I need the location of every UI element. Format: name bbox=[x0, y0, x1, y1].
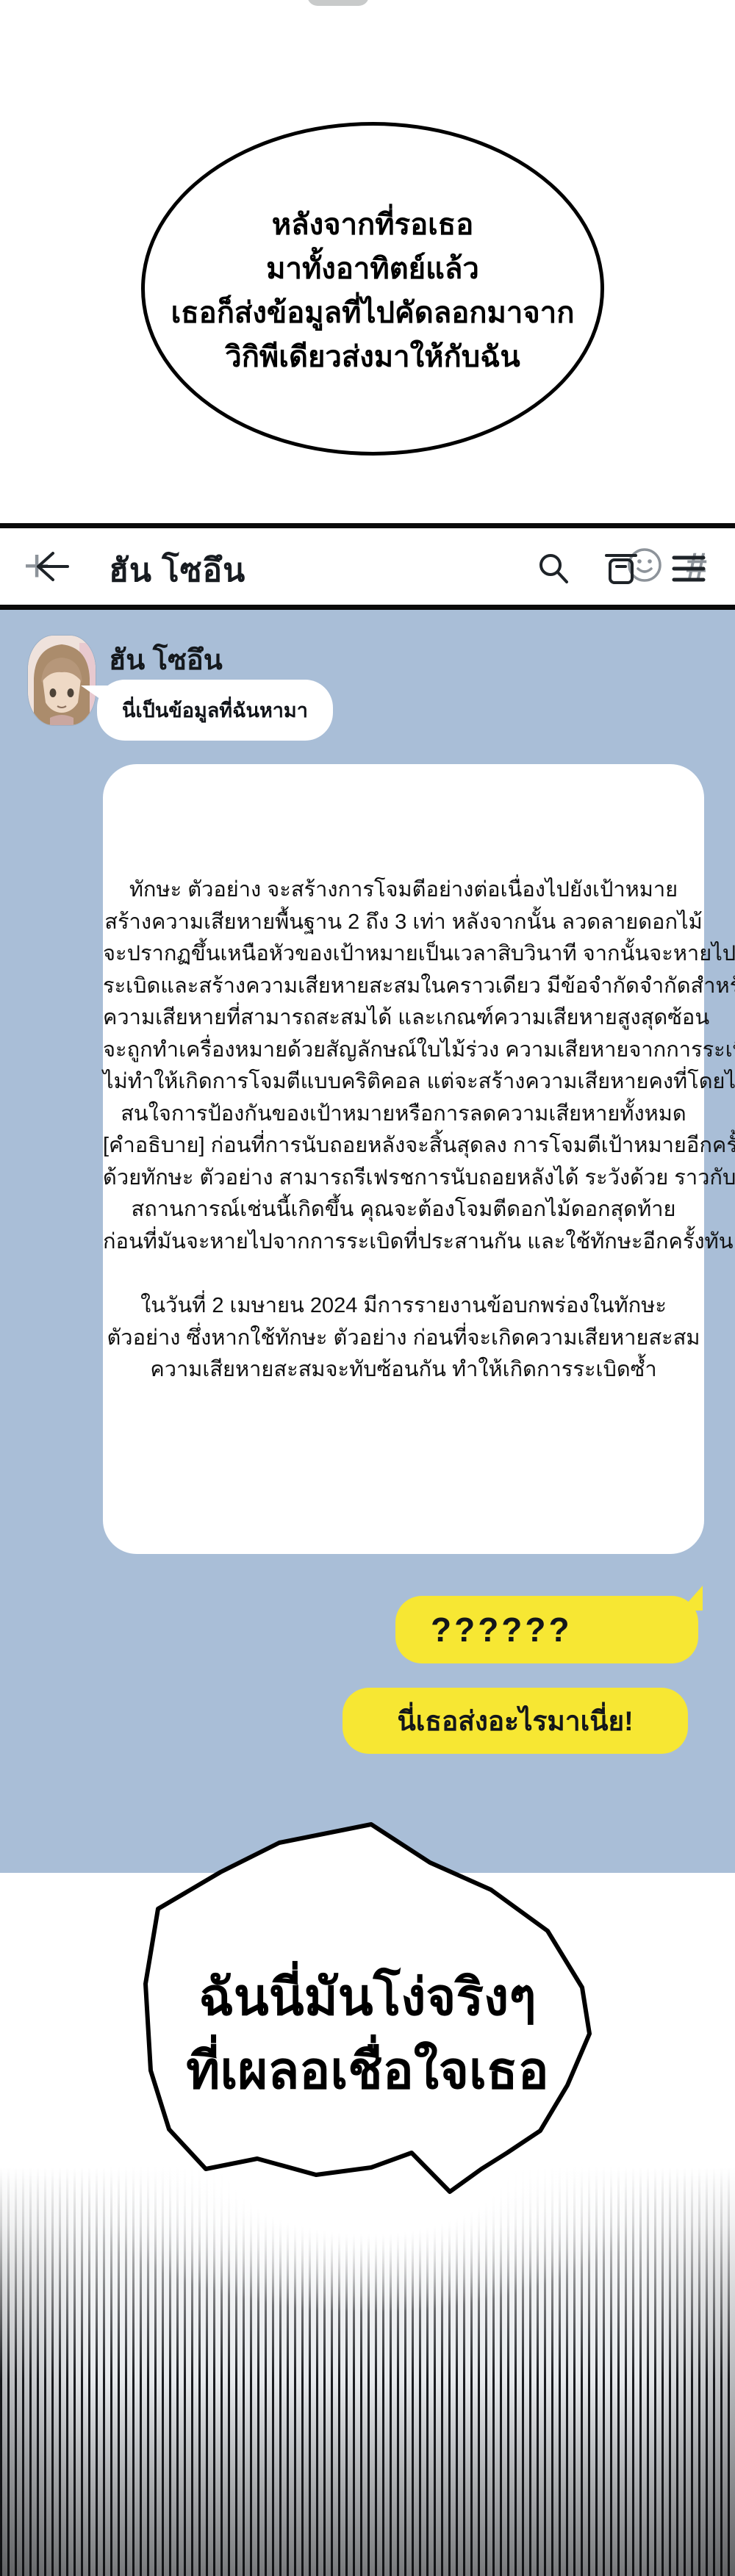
narration-line: มาทั้งอาทิตย์แล้ว bbox=[171, 247, 575, 291]
document-line: ไม่ทำให้เกิดการโจมตีแบบคริติคอล แต่จะสร้… bbox=[103, 1066, 704, 1098]
document-line: สถานการณ์เช่นนี้เกิดขึ้น คุณจะต้องโจมตีด… bbox=[103, 1194, 704, 1226]
comic-page: หลังจากที่รอเธอ มาทั้งอาทิตย์แล้ว เธอก็ส… bbox=[0, 0, 735, 2576]
chat-title: ฮัน โซอึน bbox=[109, 544, 245, 596]
document-line: ความเสียหายสะสมจะทับซ้อนกัน ทำให้เกิดการ… bbox=[103, 1354, 704, 1386]
search-icon bbox=[537, 552, 570, 586]
search-button[interactable] bbox=[537, 552, 570, 586]
document-line: ด้วยทักษะ ตัวอย่าง สามารถรีเฟรชการนับถอย… bbox=[103, 1162, 704, 1195]
document-line: ก่อนที่มันจะหายไปจากการระเบิดที่ประสานกั… bbox=[103, 1226, 704, 1259]
sent-message-text: นี่เธอส่งอะไรมาเนี่ย! bbox=[397, 1699, 633, 1743]
paragraph-gap bbox=[103, 1258, 704, 1290]
document-line: ในวันที่ 2 เมษายน 2024 มีการรายงานข้อบกพ… bbox=[103, 1290, 704, 1323]
thought-line: ฉันนี่มันโง่จริงๆ bbox=[162, 1960, 573, 2034]
document-line: ระเบิดและสร้างความเสียหายสะสมในคราวเดียว… bbox=[103, 971, 704, 1003]
sent-message-bubble: ?????? bbox=[395, 1596, 698, 1663]
sender-name: ฮัน โซอึน bbox=[109, 637, 223, 682]
hamburger-menu-icon bbox=[672, 554, 706, 583]
thought-text: ฉันนี่มันโง่จริงๆ ที่เผลอเชื่อใจเธอ bbox=[162, 1960, 573, 2107]
narration-text: หลังจากที่รอเธอ มาทั้งอาทิตย์แล้ว เธอก็ส… bbox=[171, 198, 575, 379]
narration-line: วิกิพีเดียวส่งมาให้กับฉัน bbox=[171, 335, 575, 379]
speed-lines-background bbox=[0, 2167, 735, 2576]
sent-message-text: ?????? bbox=[395, 1610, 573, 1649]
received-message-bubble: นี่เป็นข้อมูลที่ฉันหามา bbox=[97, 680, 333, 741]
avatar-image bbox=[28, 636, 96, 725]
document-line: สร้างความเสียหายพื้นฐาน 2 ถึง 3 เท่า หลั… bbox=[103, 907, 704, 939]
received-message-text: นี่เป็นข้อมูลที่ฉันหามา bbox=[122, 699, 308, 722]
chat-panel: ฮัน โซอึน bbox=[0, 523, 735, 1873]
back-arrow-icon bbox=[34, 550, 71, 583]
archive-box-icon bbox=[604, 552, 638, 586]
back-button[interactable] bbox=[34, 550, 71, 583]
sent-message-bubble: นี่เธอส่งอะไรมาเนี่ย! bbox=[343, 1688, 688, 1754]
thought-line: ที่เผลอเชื่อใจเธอ bbox=[162, 2034, 573, 2107]
document-line: ความเสียหายที่สามารถสะสมได้ และเกณฑ์ความ… bbox=[103, 1002, 704, 1035]
previous-panel-bubble-remnant bbox=[307, 0, 369, 6]
document-line: จะปรากฏขึ้นเหนือหัวของเป้าหมายเป็นเวลาสิ… bbox=[103, 938, 704, 971]
narration-line: เธอก็ส่งข้อมูลที่ไปคัดลอกมาจาก bbox=[171, 291, 575, 335]
archive-button[interactable] bbox=[604, 552, 638, 586]
document-line: ทักษะ ตัวอย่าง จะสร้างการโจมตีอย่างต่อเน… bbox=[103, 874, 704, 907]
document-line: จะถูกทำเครื่องหมายด้วยสัญลักษณ์ใบไม้ร่วง… bbox=[103, 1035, 704, 1067]
document-line: [คำอธิบาย] ก่อนที่การนับถอยหลังจะสิ้นสุด… bbox=[103, 1130, 704, 1162]
narration-bubble: หลังจากที่รอเธอ มาทั้งอาทิตย์แล้ว เธอก็ส… bbox=[141, 122, 604, 456]
document-message-bubble: ทักษะ ตัวอย่าง จะสร้างการโจมตีอย่างต่อเน… bbox=[103, 764, 704, 1554]
document-line: สนใจการป้องกันของเป้าหมายหรือการลดความเส… bbox=[103, 1098, 704, 1131]
narration-line: หลังจากที่รอเธอ bbox=[171, 203, 575, 247]
header-actions bbox=[537, 552, 706, 586]
document-line: ตัวอย่าง ซึ่งหากใช้ทักษะ ตัวอย่าง ก่อนที… bbox=[103, 1323, 704, 1355]
avatar[interactable] bbox=[28, 636, 96, 725]
menu-button[interactable] bbox=[672, 554, 706, 583]
